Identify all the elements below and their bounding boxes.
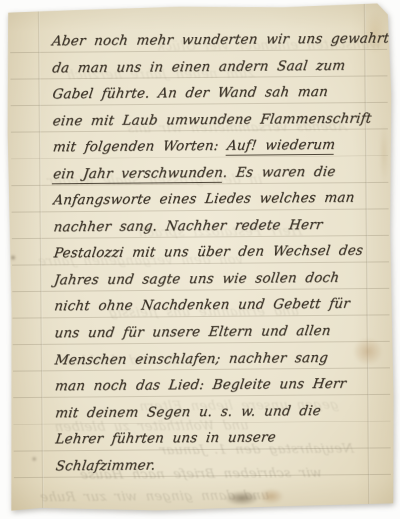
handwritten-text-line: mit deinem Segen u. s. w. und die: [53, 397, 387, 426]
handwritten-text-line: ein Jahr verschwunden. Es waren die: [51, 158, 385, 187]
handwritten-text-line: da man uns in einen andern Saal zum: [50, 52, 384, 81]
handwritten-text-line: Menschen einschlafen; nachher sang: [53, 344, 387, 373]
paper-stain: [32, 456, 37, 461]
paper-stain: [258, 488, 284, 504]
handwritten-text-block: Aber noch mehr wunderten wir uns gewahrt…: [50, 25, 385, 479]
bleedthrough-text: und dann gingen wir zur Ruhe: [39, 488, 271, 505]
handwritten-text-line: Lehrer führten uns in unsere: [54, 424, 388, 453]
fold-crease-left: [38, 6, 44, 511]
handwritten-text-line: Pestalozzi mit uns über den Wechsel des: [52, 238, 386, 267]
handwritten-text-line: eine mit Laub umwundene Flammenschrift: [51, 105, 385, 134]
handwritten-text-line: nicht ohne Nachdenken und Gebett für: [53, 291, 387, 320]
handwritten-text-line: mit folgenden Worten: Auf! wiederum: [51, 132, 385, 161]
handwritten-text-line: Anfangsworte eines Liedes welches man: [52, 185, 386, 214]
handwritten-text-line: Aber noch mehr wunderten wir uns gewahrt: [50, 25, 384, 54]
handwritten-text-line: nachher sang. Nachher redete Herr: [52, 211, 386, 240]
handwritten-text-line: Schlafzimmer.: [54, 450, 388, 479]
handwritten-text-line: man noch das Lied: Begleite uns Herr: [53, 370, 387, 399]
paper-stain: [10, 255, 16, 261]
manuscript-page: und wünschten einander viel Glückzum neu…: [6, 3, 395, 511]
scan-background: und wünschten einander viel Glückzum neu…: [0, 0, 400, 519]
manuscript-page-wrap: und wünschten einander viel Glückzum neu…: [6, 3, 395, 511]
handwritten-text-line: Jahres und sagte uns wie sollen doch: [52, 264, 386, 293]
paper-stain: [224, 490, 260, 505]
handwritten-text-line: uns und für unsere Eltern und allen: [53, 317, 387, 346]
handwritten-text-line: Gabel führte. An der Wand sah man: [51, 78, 385, 107]
